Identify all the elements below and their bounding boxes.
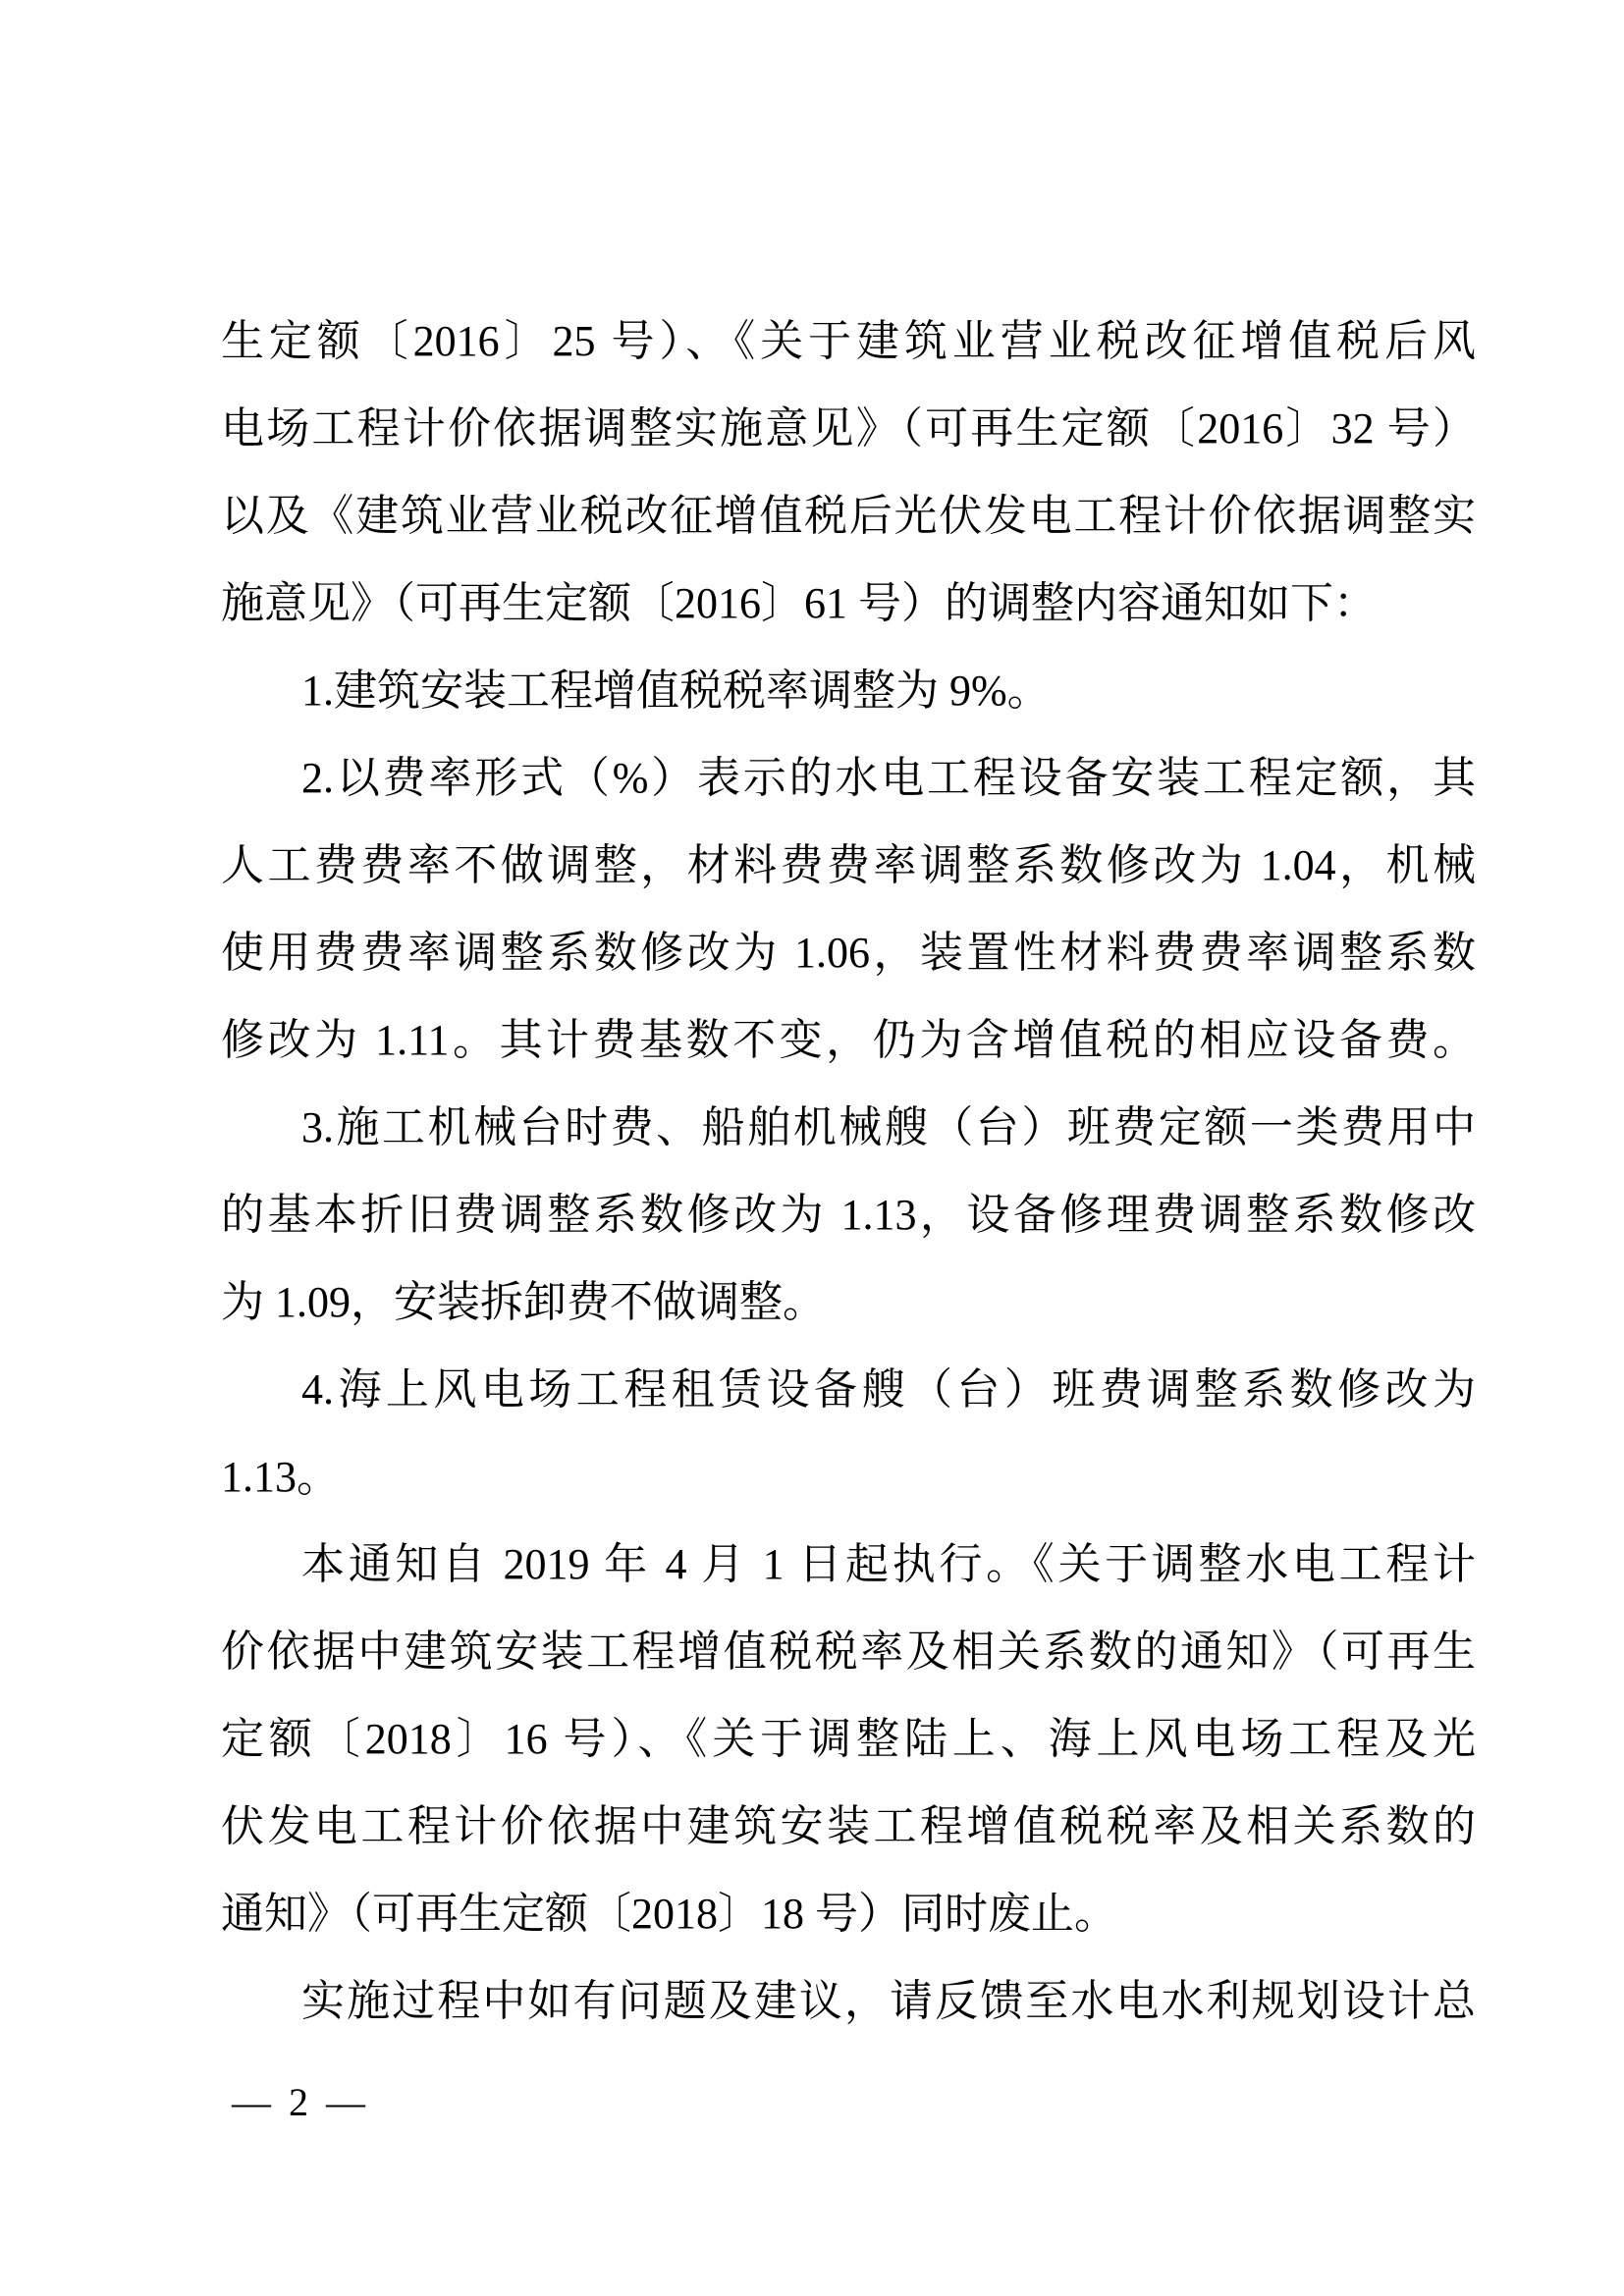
text-line-5: 1.建筑安装工程增值税税率调整为 9%。 — [221, 647, 1476, 734]
text-line-13: 4.海上风电场工程租赁设备艘（台）班费调整系数修改为 — [221, 1346, 1476, 1433]
text-line-12: 为 1.09，安装拆卸费不做调整。 — [221, 1258, 1476, 1346]
text-line-10: 3.施工机械台时费、船舶机械艘（台）班费定额一类费用中 — [221, 1084, 1476, 1171]
text-line-17: 定额〔2018〕16 号）、《关于调整陆上、海上风电场工程及光 — [221, 1695, 1476, 1783]
text-line-7: 人工费费率不做调整，材料费费率调整系数修改为 1.04，机械 — [221, 822, 1476, 909]
text-line-6: 2.以费率形式（%）表示的水电工程设备安装工程定额，其 — [221, 734, 1476, 822]
text-line-11: 的基本折旧费调整系数修改为 1.13，设备修理费调整系数修改 — [221, 1171, 1476, 1258]
page-number: — 2 — — [232, 2080, 369, 2124]
document-body: 生定额〔2016〕25 号）、《关于建筑业营业税改征增值税后风 电场工程计价依据… — [221, 297, 1476, 2045]
page: 生定额〔2016〕25 号）、《关于建筑业营业税改征增值税后风 电场工程计价依据… — [0, 0, 1624, 2296]
page-footer: — 2 — — [232, 2079, 369, 2126]
text-line-1: 生定额〔2016〕25 号）、《关于建筑业营业税改征增值税后风 — [221, 297, 1476, 385]
text-line-8: 使用费费率调整系数修改为 1.06，装置性材料费费率调整系数 — [221, 909, 1476, 996]
text-line-2: 电场工程计价依据调整实施意见》（可再生定额〔2016〕32 号） — [221, 385, 1476, 472]
text-line-3: 以及《建筑业营业税改征增值税后光伏发电工程计价依据调整实 — [221, 472, 1476, 560]
text-line-16: 价依据中建筑安装工程增值税税率及相关系数的通知》（可再生 — [221, 1608, 1476, 1695]
text-line-18: 伏发电工程计价依据中建筑安装工程增值税税率及相关系数的 — [221, 1783, 1476, 1870]
text-line-20: 实施过程中如有问题及建议，请反馈至水电水利规划设计总 — [221, 1957, 1476, 2045]
text-line-9: 修改为 1.11。其计费基数不变，仍为含增值税的相应设备费。 — [221, 996, 1476, 1084]
text-line-4: 施意见》（可再生定额〔2016〕61 号）的调整内容通知如下： — [221, 560, 1476, 647]
text-line-14: 1.13。 — [221, 1433, 1476, 1521]
text-line-15: 本通知自 2019 年 4 月 1 日起执行。《关于调整水电工程计 — [221, 1521, 1476, 1608]
text-line-19: 通知》（可再生定额〔2018〕18 号）同时废止。 — [221, 1870, 1476, 1957]
